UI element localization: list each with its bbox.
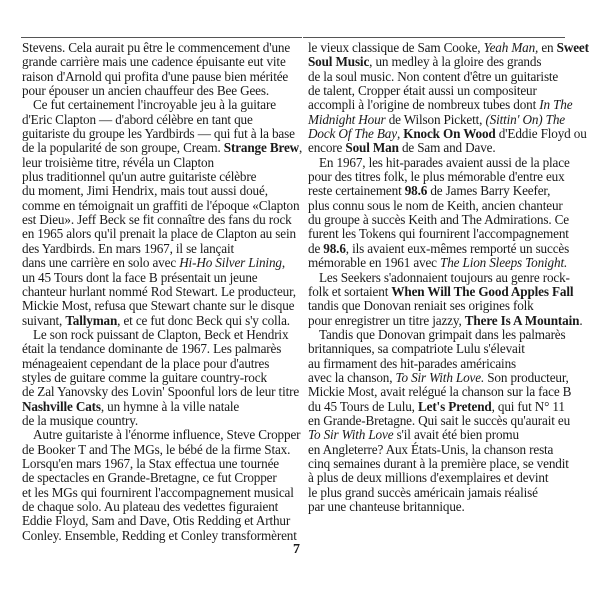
text-run: d'Eddie Floyd ou — [496, 126, 587, 141]
text-run: ménageaient cependant de la place pour d… — [22, 356, 269, 371]
song-title: Tallyman — [65, 313, 117, 328]
text-line: du 45 Tours de Lulu, Let's Pretend, qui … — [308, 400, 578, 414]
text-run: suivant, — [22, 313, 65, 328]
text-line: mémorable en 1961 avec The Lion Sleeps T… — [308, 256, 578, 270]
right-column: le vieux classique de Sam Cooke, Yeah Ma… — [308, 41, 578, 514]
text-run: de Wilson Pickett, — [386, 112, 486, 127]
text-run: de la soul music. Non content d'être un … — [308, 69, 558, 84]
text-run: du groupe à succès Keith and The Admirat… — [308, 212, 569, 227]
italic-title: Midnight Hour — [308, 112, 386, 127]
text-run: Tandis que Donovan grimpait dans les pal… — [319, 327, 566, 342]
text-line: raison d'Arnold qui profita d'une pause … — [22, 70, 307, 84]
text-line: et les MGs qui fournirent l'accompagneme… — [22, 486, 307, 500]
text-line: pour enregistrer un titre jazzy, There I… — [308, 314, 578, 328]
text-run: comme en témoignait un graffiti de l'épo… — [22, 198, 299, 213]
text-run: pour des titres folk, le plus mémorable … — [308, 169, 565, 184]
text-run: de spectacles en Grande-Bretagne, ce fut… — [22, 470, 277, 485]
song-title: Soul Man — [345, 140, 398, 155]
text-line: de la musique country. — [22, 414, 307, 428]
text-run: , ils avaient eux-mêmes remporté un succ… — [346, 241, 569, 256]
text-run: Le son rock puissant de Clapton, Beck et… — [33, 327, 288, 342]
text-run: était la tendance dominante de 1967. Les… — [22, 341, 281, 356]
text-run: et les MGs qui fournirent l'accompagneme… — [22, 485, 294, 500]
text-line: de Zal Yanovsky des Lovin' Spoonful lors… — [22, 385, 307, 399]
text-run: par une chanteuse britannique. — [308, 499, 465, 514]
song-title: 98.6 — [405, 183, 427, 198]
text-run: de Sam and Dave. — [399, 140, 496, 155]
text-line: Les Seekers s'adonnaient toujours au gen… — [308, 271, 578, 285]
text-line: encore Soul Man de Sam and Dave. — [308, 141, 578, 155]
text-line: Tandis que Donovan grimpait dans les pal… — [308, 328, 578, 342]
text-line: Dock Of The Bay, Knock On Wood d'Eddie F… — [308, 127, 578, 141]
italic-title: Dock Of The Bay — [308, 126, 397, 141]
top-rule-right — [303, 37, 565, 38]
page-number: 7 — [293, 542, 300, 558]
text-line: du moment, Jimi Hendrix, mais tout aussi… — [22, 184, 307, 198]
italic-title: (Sittin' On) The — [485, 112, 565, 127]
text-line: le vieux classique de Sam Cooke, Yeah Ma… — [308, 41, 578, 55]
text-run: au firmament des hit-parades américains — [308, 356, 516, 371]
text-run: Autre guitariste à l'énorme influence, S… — [33, 427, 300, 442]
text-run: furent les Tokens qui fournirent l'accom… — [308, 226, 569, 241]
text-run: plus connu sous le nom de Keith, ancien … — [308, 198, 563, 213]
text-run: reste certainement — [308, 183, 405, 198]
text-line: Midnight Hour de Wilson Pickett, (Sittin… — [308, 113, 578, 127]
text-line: accompli à l'origine de nombreux tubes d… — [308, 98, 578, 112]
text-run: styles de guitare comme la guitare count… — [22, 370, 267, 385]
text-line: de la popularité de son groupe, Cream. S… — [22, 141, 307, 155]
text-run: cinq semaines durant à la première place… — [308, 456, 569, 471]
song-title: There Is A Mountain — [465, 313, 580, 328]
text-run: Les Seekers s'adonnaient toujours au gen… — [319, 270, 570, 285]
text-run: le plus grand succès américain jamais ré… — [308, 485, 538, 500]
song-title: Strange Brew — [224, 140, 299, 155]
text-line: de spectacles en Grande-Bretagne, ce fut… — [22, 471, 307, 485]
song-title: Soul Music — [308, 54, 369, 69]
text-line: suivant, Tallyman, et ce fut donc Beck q… — [22, 314, 307, 328]
text-line: de la soul music. Non content d'être un … — [308, 70, 578, 84]
italic-title: Hi-Ho Silver Lining — [179, 255, 282, 270]
text-run: Mickie Most, avait relégué la chanson su… — [308, 384, 571, 399]
text-run: folk et sortaient — [308, 284, 391, 299]
text-run: encore — [308, 140, 345, 155]
text-run: plus traditionnel qu'un autre guitariste… — [22, 169, 256, 184]
text-run: , un medley à la gloire des grands — [369, 54, 541, 69]
text-line: britanniques, sa compatriote Lulu s'élev… — [308, 342, 578, 356]
text-line: Lorsqu'en mars 1967, la Stax effectua un… — [22, 457, 307, 471]
text-run: accompli à l'origine de nombreux tubes d… — [308, 97, 539, 112]
text-line: grande carrière mais une cadence épuisan… — [22, 55, 307, 69]
text-line: plus traditionnel qu'un autre guitariste… — [22, 170, 307, 184]
text-line: En 1967, les hit-parades avaient aussi d… — [308, 156, 578, 170]
text-run: tandis que Donovan reniait ses origines … — [308, 298, 534, 313]
text-line: en Grande-Bretagne. Qui sait le succès q… — [308, 414, 578, 428]
text-line: guitariste du groupe les Yardbirds — qui… — [22, 127, 307, 141]
text-run: de James Barry Keefer, — [427, 183, 550, 198]
text-run: de la popularité de son groupe, Cream. — [22, 140, 224, 155]
song-title: Knock On Wood — [403, 126, 495, 141]
text-line: Mickie Most, refusa que Stewart chante s… — [22, 299, 307, 313]
text-line: Le son rock puissant de Clapton, Beck et… — [22, 328, 307, 342]
text-line: Autre guitariste à l'énorme influence, S… — [22, 428, 307, 442]
text-line: en 1965 alors qu'il prenait la place de … — [22, 227, 307, 241]
text-line: styles de guitare comme la guitare count… — [22, 371, 307, 385]
text-run: un 45 Tours dont la face B présentait un… — [22, 270, 257, 285]
text-run: , un hymne à la ville natale — [101, 399, 239, 414]
text-line: folk et sortaient When Will The Good App… — [308, 285, 578, 299]
text-run: . — [579, 313, 582, 328]
text-line: Nashville Cats, un hymne à la ville nata… — [22, 400, 307, 414]
text-line: Conley. Ensemble, Redding et Conley tran… — [22, 529, 307, 543]
text-line: un 45 Tours dont la face B présentait un… — [22, 271, 307, 285]
text-run: , qui fut N° 11 — [492, 399, 565, 414]
text-run: Lorsqu'en mars 1967, la Stax effectua un… — [22, 456, 279, 471]
text-line: du groupe à succès Keith and The Admirat… — [308, 213, 578, 227]
text-run: le vieux classique de Sam Cooke, — [308, 40, 484, 55]
text-line: cinq semaines durant à la première place… — [308, 457, 578, 471]
text-line: Eddie Floyd, Sam and Dave, Otis Redding … — [22, 514, 307, 528]
top-rule-left — [21, 37, 302, 38]
text-line: dans une carrière en solo avec Hi-Ho Sil… — [22, 256, 307, 270]
text-line: le plus grand succès américain jamais ré… — [308, 486, 578, 500]
text-line: comme en témoignait un graffiti de l'épo… — [22, 199, 307, 213]
text-line: avec la chanson, To Sir With Love. Son p… — [308, 371, 578, 385]
text-run: Ce fut certainement l'incroyable jeu à l… — [33, 97, 276, 112]
text-line: Soul Music, un medley à la gloire des gr… — [308, 55, 578, 69]
text-line: des Yardbirds. En mars 1967, il se lança… — [22, 242, 307, 256]
text-run: en 1965 alors qu'il prenait la place de … — [22, 226, 296, 241]
text-run: de — [308, 241, 323, 256]
text-run: pour enregistrer un titre jazzy, — [308, 313, 465, 328]
text-run: , — [282, 255, 285, 270]
text-run: leur troisième titre, révéla un Clapton — [22, 155, 214, 170]
text-line: de talent, Cropper était aussi un compos… — [308, 84, 578, 98]
text-run: raison d'Arnold qui profita d'une pause … — [22, 69, 288, 84]
italic-title: To Sir With Love. — [396, 370, 485, 385]
text-run: Son producteur, — [484, 370, 569, 385]
text-run: à plus de deux millions d'exemplaires et… — [308, 470, 548, 485]
text-run: guitariste du groupe les Yardbirds — qui… — [22, 126, 295, 141]
text-run: du 45 Tours de Lulu, — [308, 399, 418, 414]
text-line: pour des titres folk, le plus mémorable … — [308, 170, 578, 184]
text-line: au firmament des hit-parades américains — [308, 357, 578, 371]
text-line: était la tendance dominante de 1967. Les… — [22, 342, 307, 356]
italic-title: To Sir With Love — [308, 427, 393, 442]
text-run: des Yardbirds. En mars 1967, il se lança… — [22, 241, 234, 256]
text-line: en Angleterre? Aux États-Unis, la chanso… — [308, 443, 578, 457]
italic-title: The Lion Sleeps Tonight. — [440, 255, 567, 270]
text-run: de la musique country. — [22, 413, 138, 428]
text-run: , — [299, 140, 302, 155]
text-run: d'Eric Clapton — d'abord célèbre en tant… — [22, 112, 253, 127]
text-run: , et ce fut donc Beck qui s'y colla. — [117, 313, 290, 328]
song-title: 98.6 — [323, 241, 345, 256]
text-line: de chaque solo. Au plateau des vedettes … — [22, 500, 307, 514]
text-run: Conley. Ensemble, Redding et Conley tran… — [22, 528, 297, 543]
text-line: chanteur hurlant nommé Rod Stewart. Le p… — [22, 285, 307, 299]
text-run: de Booker T and The MGs, le bébé de la f… — [22, 442, 290, 457]
text-run: avec la chanson, — [308, 370, 396, 385]
text-run: mémorable en 1961 avec — [308, 255, 440, 270]
left-column: Stevens. Cela aurait pu être le commence… — [22, 41, 307, 543]
text-line: est Dieu». Jeff Beck se fit connaître de… — [22, 213, 307, 227]
text-line: To Sir With Love s'il avait été bien pro… — [308, 428, 578, 442]
text-line: par une chanteuse britannique. — [308, 500, 578, 514]
text-run: Eddie Floyd, Sam and Dave, Otis Redding … — [22, 513, 290, 528]
text-run: de Zal Yanovsky des Lovin' Spoonful lors… — [22, 384, 299, 399]
text-line: Ce fut certainement l'incroyable jeu à l… — [22, 98, 307, 112]
text-line: Stevens. Cela aurait pu être le commence… — [22, 41, 307, 55]
text-run: en Grande-Bretagne. Qui sait le succès q… — [308, 413, 570, 428]
text-run: Stevens. Cela aurait pu être le commence… — [22, 40, 290, 55]
text-run: du moment, Jimi Hendrix, mais tout aussi… — [22, 183, 268, 198]
song-title: Sweet — [557, 40, 589, 55]
italic-title: In The — [539, 97, 572, 112]
text-run: britanniques, sa compatriote Lulu s'élev… — [308, 341, 525, 356]
text-run: de chaque solo. Au plateau des vedettes … — [22, 499, 278, 514]
text-line: Mickie Most, avait relégué la chanson su… — [308, 385, 578, 399]
text-run: En 1967, les hit-parades avaient aussi d… — [319, 155, 570, 170]
text-line: reste certainement 98.6 de James Barry K… — [308, 184, 578, 198]
text-run: grande carrière mais une cadence épuisan… — [22, 54, 286, 69]
text-run: chanteur hurlant nommé Rod Stewart. Le p… — [22, 284, 296, 299]
song-title: When Will The Good Apples Fall — [391, 284, 573, 299]
text-run: en — [538, 40, 556, 55]
text-run: dans une carrière en solo avec — [22, 255, 179, 270]
text-line: tandis que Donovan reniait ses origines … — [308, 299, 578, 313]
song-title: Let's Pretend — [418, 399, 492, 414]
text-line: à plus de deux millions d'exemplaires et… — [308, 471, 578, 485]
text-line: ménageaient cependant de la place pour d… — [22, 357, 307, 371]
text-line: pour épouser un ancien chauffeur des Bee… — [22, 84, 307, 98]
text-line: de 98.6, ils avaient eux-mêmes remporté … — [308, 242, 578, 256]
italic-title: Yeah Man, — [484, 40, 539, 55]
text-line: furent les Tokens qui fournirent l'accom… — [308, 227, 578, 241]
text-line: de Booker T and The MGs, le bébé de la f… — [22, 443, 307, 457]
text-run: de talent, Cropper était aussi un compos… — [308, 83, 537, 98]
text-line: d'Eric Clapton — d'abord célèbre en tant… — [22, 113, 307, 127]
text-run: Mickie Most, refusa que Stewart chante s… — [22, 298, 294, 313]
text-run: est Dieu». Jeff Beck se fit connaître de… — [22, 212, 292, 227]
text-run: en Angleterre? Aux États-Unis, la chanso… — [308, 442, 553, 457]
text-run: s'il avait été bien promu — [393, 427, 519, 442]
song-title: Nashville Cats — [22, 399, 101, 414]
text-run: pour épouser un ancien chauffeur des Bee… — [22, 83, 269, 98]
text-line: leur troisième titre, révéla un Clapton — [22, 156, 307, 170]
text-line: plus connu sous le nom de Keith, ancien … — [308, 199, 578, 213]
